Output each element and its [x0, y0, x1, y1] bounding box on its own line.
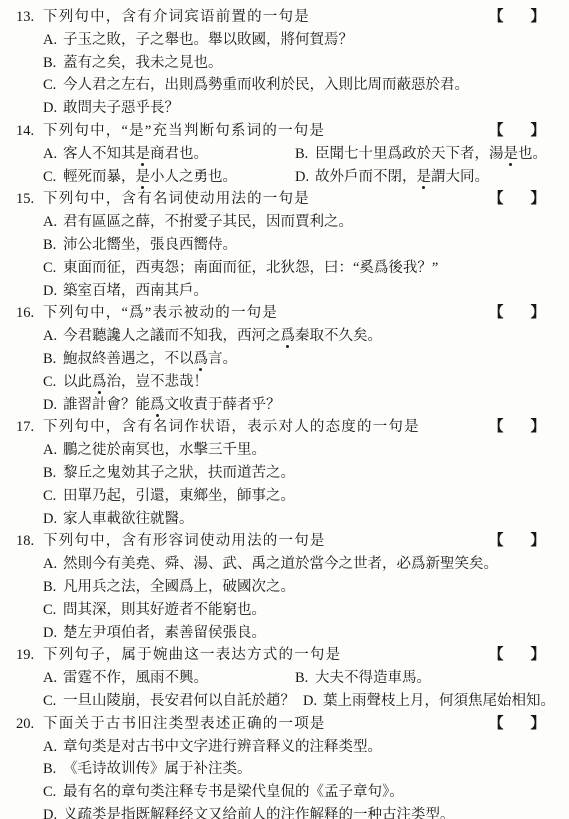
option-label: C. [43, 74, 63, 97]
question-18-header: 18.下列句中，含有形容词使动用法的一句是 【】 [0, 530, 569, 553]
option-label: C. [43, 781, 63, 804]
option-19-c: C.一旦山陵崩，長安君何以自託於趙？ [43, 690, 303, 713]
option-text: 义疏类是指既解释经文又给前人的注作解释的一种古注类型。 [63, 807, 455, 819]
bracket-left: 【 [489, 188, 504, 211]
option-14-d: D.故外戶而不閉，是謂大同。 [295, 166, 489, 189]
options-row-19-ab: A.雷霆不作，風雨不興。 B.大夫不得造車馬。 [0, 667, 569, 690]
option-text: 誰習計會？能爲文收責于薛者乎？ [63, 397, 281, 413]
option-text: 臣聞七十里爲政於天下者，湯是也。 [315, 146, 547, 162]
option-14-b: B.臣聞七十里爲政於天下者，湯是也。 [295, 143, 547, 166]
option-19-b: B.大夫不得造車馬。 [295, 667, 431, 690]
question-number: 18. [16, 530, 43, 553]
question-number: 20. [16, 713, 43, 736]
emphasized-char: 爲 [150, 397, 165, 413]
option-18-c: C.問其深，則其好遊者不能窮也。 [0, 599, 569, 622]
option-text: 鮑叔終善遇之，不以爲言。 [63, 351, 237, 367]
option-13-d: D.敢問夫子惡乎長？ [0, 97, 569, 120]
emphasized-char: 是 [136, 146, 151, 162]
option-text: 雷霆不作，風雨不興。 [63, 670, 208, 686]
emphasized-char: 是 [136, 169, 151, 185]
option-text: 《毛诗故训传》属于补注类。 [63, 761, 252, 777]
option-label: D. [43, 508, 63, 531]
bracket-left: 【 [489, 416, 504, 439]
option-text: 大夫不得造車馬。 [315, 670, 431, 686]
question-stem: 下列句中，含有介词宾语前置的一句是 [43, 9, 310, 25]
question-stem: 下列句中，含有名词使动用法的一句是 [43, 191, 310, 207]
option-text: 輕死而暴，是小人之勇也。 [63, 169, 237, 185]
bracket-right: 】 [531, 6, 546, 29]
emphasized-char: 爲 [92, 374, 107, 390]
question-14-header: 14.下列句中，“是”充当判断句系词的一句是 【】 [0, 120, 569, 143]
option-text: 今人君之左右，出則爲勢重而收利於民，入則比周而蔽惡於君。 [63, 77, 469, 93]
question-stem: 下列句中，“爲”表示被动的一句是 [43, 305, 278, 321]
option-18-b: B.凡用兵之法，全國爲上，破國次之。 [0, 576, 569, 599]
option-text: 蓋有之矣，我未之見也。 [63, 55, 223, 71]
option-label: B. [43, 576, 63, 599]
option-16-d: D.誰習計會？能爲文收責于薛者乎？ [0, 394, 569, 417]
emphasized-char: 爲 [194, 351, 209, 367]
option-label: C. [43, 690, 63, 713]
option-text: 子玉之敗，子之舉也。舉以敗國，將何賀焉？ [63, 32, 353, 48]
option-text: 章句类是对古书中文字进行辨音释义的注释类型。 [63, 739, 382, 755]
option-label: B. [295, 667, 315, 690]
question-stem: 下列句中，含有名词作状语，表示对人的态度的一句是 [43, 419, 420, 435]
bracket-left: 【 [489, 302, 504, 325]
option-text: 最有名的章句类注释专书是梁代皇侃的《孟子章句》。 [63, 784, 404, 800]
option-label: B. [43, 348, 63, 371]
bracket-left: 【 [489, 713, 504, 736]
question-13-header: 13.下列句中，含有介词宾语前置的一句是 【】 [0, 6, 569, 29]
option-text: 以此爲治，豈不悲哉！ [63, 374, 208, 390]
option-13-a: A.子玉之敗，子之舉也。舉以敗國，將何賀焉？ [0, 29, 569, 52]
option-label: C. [43, 485, 63, 508]
answer-brackets: 【】 [489, 6, 545, 29]
question-20-header: 20.下面关于古书旧注类型表述正确的一项是 【】 [0, 713, 569, 736]
option-text: 沛公北嚮坐，張良西嚮侍。 [63, 237, 237, 253]
option-text: 故外戶而不閉，是謂大同。 [315, 169, 489, 185]
option-text: 敢問夫子惡乎長？ [63, 100, 179, 116]
exam-page: 13.下列句中，含有介词宾语前置的一句是 【】 A.子玉之敗，子之舉也。舉以敗國… [0, 0, 569, 819]
answer-brackets: 【】 [489, 302, 545, 325]
option-15-a: A.君有區區之薛，不拊愛子其民，因而賈利之。 [0, 211, 569, 234]
option-label: A. [43, 211, 63, 234]
option-20-d: D.义疏类是指既解释经文又给前人的注作解释的一种古注类型。 [0, 804, 569, 819]
option-17-a: A.鵬之徙於南冥也，水擊三千里。 [0, 439, 569, 462]
option-label: B. [43, 462, 63, 485]
question-stem: 下列句中，含有形容词使动用法的一句是 [43, 533, 326, 549]
option-text: 東面而征，西夷怨；南面而征，北狄怨，曰：“奚爲後我？” [63, 260, 438, 276]
bracket-right: 】 [531, 644, 546, 667]
option-label: B. [43, 52, 63, 75]
option-20-c: C.最有名的章句类注释专书是梁代皇侃的《孟子章句》。 [0, 781, 569, 804]
question-number: 17. [16, 416, 43, 439]
option-label: A. [43, 325, 63, 348]
bracket-left: 【 [489, 120, 504, 143]
option-label: A. [43, 143, 63, 166]
option-16-c: C.以此爲治，豈不悲哉！ [0, 371, 569, 394]
option-text: 葉上雨聲枝上月，何須焦尾始相知。 [323, 693, 555, 709]
option-14-a: A.客人不知其是商君也。 [43, 143, 295, 166]
answer-brackets: 【】 [489, 416, 545, 439]
answer-brackets: 【】 [489, 188, 545, 211]
option-13-b: B.蓋有之矣，我未之見也。 [0, 52, 569, 75]
question-stem: 下面关于古书旧注类型表述正确的一项是 [43, 716, 326, 732]
bracket-left: 【 [489, 644, 504, 667]
option-text: 鵬之徙於南冥也，水擊三千里。 [63, 442, 266, 458]
bracket-left: 【 [489, 6, 504, 29]
option-label: D. [43, 97, 63, 120]
option-19-a: A.雷霆不作，風雨不興。 [43, 667, 295, 690]
option-label: A. [43, 553, 63, 576]
emphasized-char: 是 [504, 146, 519, 162]
question-15-header: 15.下列句中，含有名词使动用法的一句是 【】 [0, 188, 569, 211]
question-stem: 下列句子，属于婉曲这一表达方式的一句是 [43, 647, 341, 663]
option-label: B. [43, 758, 63, 781]
option-text: 楚左尹項伯者，素善留侯張良。 [63, 625, 266, 641]
question-number: 13. [16, 6, 43, 29]
answer-brackets: 【】 [489, 530, 545, 553]
option-text: 家人車載欲往就醫。 [63, 511, 194, 527]
option-18-a: A.然則今有美堯、舜、湯、武、禹之道於當今之世者，必爲新聖笑矣。 [0, 553, 569, 576]
option-label: B. [43, 234, 63, 257]
question-19-header: 19.下列句子，属于婉曲这一表达方式的一句是 【】 [0, 644, 569, 667]
bracket-right: 】 [531, 120, 546, 143]
option-text: 今君聽讒人之議而不知我，西河之爲秦取不久矣。 [63, 328, 382, 344]
option-text: 然則今有美堯、舜、湯、武、禹之道於當今之世者，必爲新聖笑矣。 [63, 556, 498, 572]
option-label: D. [43, 280, 63, 303]
option-text: 一旦山陵崩，長安君何以自託於趙？ [63, 693, 295, 709]
bracket-right: 】 [531, 713, 546, 736]
question-number: 16. [16, 302, 43, 325]
option-text: 君有區區之薛，不拊愛子其民，因而賈利之。 [63, 214, 353, 230]
options-row-14-ab: A.客人不知其是商君也。 B.臣聞七十里爲政於天下者，湯是也。 [0, 143, 569, 166]
option-label: C. [43, 166, 63, 189]
option-text: 黎丘之鬼効其子之狀，扶而道苦之。 [63, 465, 295, 481]
option-label: B. [295, 143, 315, 166]
answer-brackets: 【】 [489, 713, 545, 736]
bracket-right: 】 [531, 188, 546, 211]
bracket-right: 】 [531, 302, 546, 325]
emphasized-char: 是 [417, 169, 432, 185]
question-16-header: 16.下列句中，“爲”表示被动的一句是 【】 [0, 302, 569, 325]
option-17-b: B.黎丘之鬼効其子之狀，扶而道苦之。 [0, 462, 569, 485]
question-stem: 下列句中，“是”充当判断句系词的一句是 [43, 123, 325, 139]
question-number: 15. [16, 188, 43, 211]
option-19-d: D.葉上雨聲枝上月，何須焦尾始相知。 [303, 690, 555, 713]
option-14-c: C.輕死而暴，是小人之勇也。 [43, 166, 295, 189]
option-15-d: D.築室百堵，西南其戶。 [0, 280, 569, 303]
option-label: D. [303, 690, 323, 713]
option-18-d: D.楚左尹項伯者，素善留侯張良。 [0, 622, 569, 645]
option-label: C. [43, 599, 63, 622]
option-label: D. [43, 804, 63, 819]
option-label: D. [43, 622, 63, 645]
answer-brackets: 【】 [489, 120, 545, 143]
option-text: 築室百堵，西南其戶。 [63, 283, 208, 299]
question-number: 19. [16, 644, 43, 667]
question-17-header: 17.下列句中，含有名词作状语，表示对人的态度的一句是 【】 [0, 416, 569, 439]
option-text: 田單乃起，引還，東鄉坐，師事之。 [63, 488, 295, 504]
option-16-a: A.今君聽讒人之議而不知我，西河之爲秦取不久矣。 [0, 325, 569, 348]
options-row-14-cd: C.輕死而暴，是小人之勇也。 D.故外戶而不閉，是謂大同。 [0, 166, 569, 189]
question-number: 14. [16, 120, 43, 143]
option-text: 凡用兵之法，全國爲上，破國次之。 [63, 579, 295, 595]
option-label: A. [43, 667, 63, 690]
option-17-c: C.田單乃起，引還，東鄉坐，師事之。 [0, 485, 569, 508]
emphasized-char: 爲 [281, 328, 296, 344]
option-20-b: B.《毛诗故训传》属于补注类。 [0, 758, 569, 781]
options-row-19-cd: C.一旦山陵崩，長安君何以自託於趙？ D.葉上雨聲枝上月，何須焦尾始相知。 [0, 690, 569, 713]
option-label: C. [43, 371, 63, 394]
option-16-b: B.鮑叔終善遇之，不以爲言。 [0, 348, 569, 371]
option-15-c: C.東面而征，西夷怨；南面而征，北狄怨，曰：“奚爲後我？” [0, 257, 569, 280]
bracket-right: 】 [531, 416, 546, 439]
bracket-right: 】 [531, 530, 546, 553]
option-15-b: B.沛公北嚮坐，張良西嚮侍。 [0, 234, 569, 257]
option-label: A. [43, 439, 63, 462]
option-label: A. [43, 736, 63, 759]
option-label: C. [43, 257, 63, 280]
answer-brackets: 【】 [489, 644, 545, 667]
option-label: A. [43, 29, 63, 52]
option-13-c: C.今人君之左右，出則爲勢重而收利於民，入則比周而蔽惡於君。 [0, 74, 569, 97]
option-label: D. [43, 394, 63, 417]
option-17-d: D.家人車載欲往就醫。 [0, 508, 569, 531]
option-text: 客人不知其是商君也。 [63, 146, 208, 162]
option-text: 問其深，則其好遊者不能窮也。 [63, 602, 266, 618]
option-20-a: A.章句类是对古书中文字进行辨音释义的注释类型。 [0, 736, 569, 759]
bracket-left: 【 [489, 530, 504, 553]
option-label: D. [295, 166, 315, 189]
